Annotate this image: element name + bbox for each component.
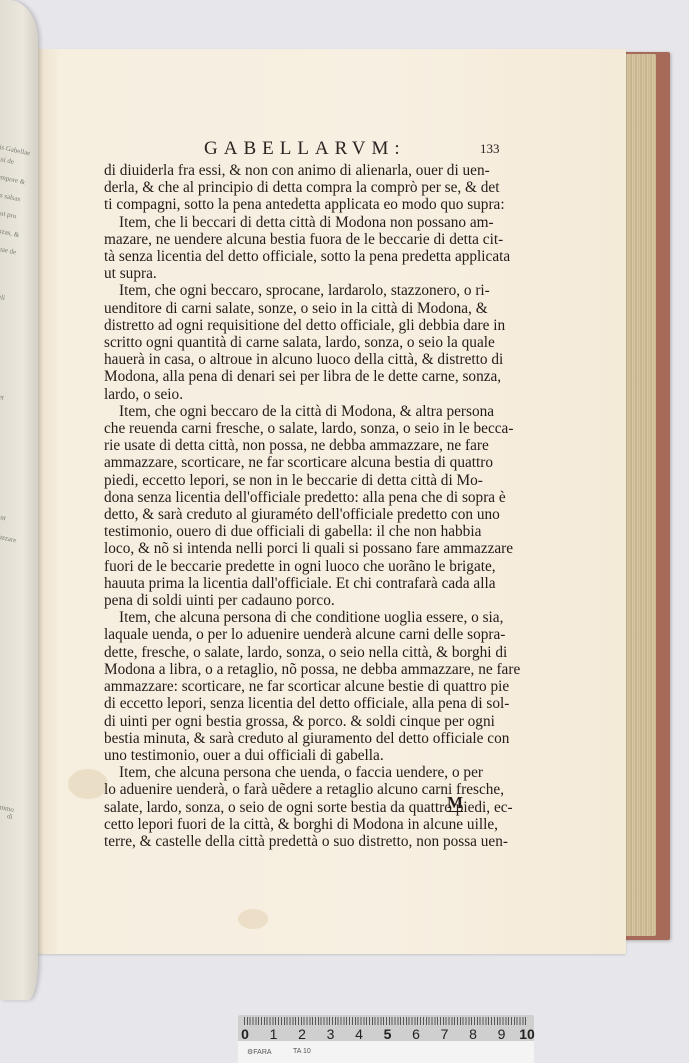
foxing-stain [238,909,268,929]
paragraph: di diuiderla fra essi, & non con animo d… [104,162,520,214]
paragraph: Item, che alcuna persona di che conditio… [104,609,520,764]
text-line: ti compagni, sotto la pena antedetta app… [104,196,520,213]
facing-page-text: tam aut pro [0,206,38,228]
text-line: Item, che li beccari di detta città di M… [104,214,520,231]
ruler-number: 2 [298,1026,306,1042]
text-line: mazare, ne uendere alcuna bestia fuora d… [104,231,520,248]
text-line: loco, & nõ si intenda nelli porci li qua… [104,540,520,557]
ruler-number: 3 [327,1026,335,1042]
text-line: che reuenda carni fresche, o salate, lar… [104,420,520,437]
text-line: ammazzare, scorticare, ne far scorticare… [104,454,520,471]
text-line: hauerà in casa, o altroue in alcuno luoc… [104,351,520,368]
ruler-number: 10 [519,1026,535,1042]
text-line: bestia minuta, & sarà creduto al giurame… [104,730,520,747]
text-line: dette, fresche, o salate, lardo, sonza, … [104,644,520,661]
foxing-stain [68,769,108,799]
facing-page-text: ammazzare [0,530,38,552]
text-line: ammazzare: scorticare, ne far scorticar … [104,678,520,695]
ruler-bar: 0 1 2 3 4 5 6 7 8 9 10 [238,1015,534,1041]
ruler-number: 0 [241,1026,249,1042]
text-line: cetto lepori fuori de la città, & borghi… [104,816,520,833]
text-line: uenditore di carni salate, sonze, o seio… [104,300,520,317]
ruler-number: 7 [441,1026,449,1042]
ruler-number: 8 [469,1026,477,1042]
text-line: Item, che ogni beccaro, sprocane, lardar… [104,282,520,299]
text-line: Modona, alla pena di denari sei per libr… [104,368,520,385]
text-line: distretto ad ogni requisitione del detto… [104,317,520,334]
facing-page-text: carnes salsas [0,188,38,210]
text-line: rie usate di detta città, non possa, ne … [104,437,520,454]
body-text: di diuiderla fra essi, & non con animo d… [104,162,520,850]
facing-page-text: gio tempore & [0,170,38,192]
text-line: di uinti per ogni bestia grossa, & porco… [104,713,520,730]
paragraph: Item, che ogni beccaro de la città di Mo… [104,403,520,609]
ruler-number: 1 [270,1026,278,1042]
text-line: pena di soldi uinti per cadauno porco. [104,592,520,609]
text-line: Modona a libra, o a retaglio, nõ possa, … [104,661,520,678]
facing-page-text: anisset [0,390,38,412]
facing-left-page: S ordinis Gabellae Nemini de gio tempore… [0,0,38,1000]
ruler-brand: ⚙FARA [247,1048,272,1056]
scale-ruler: 0 1 2 3 4 5 6 7 8 9 10 ⚙FARA TA 10 [238,1015,534,1063]
facing-page-text: & sonzas, & [0,224,38,246]
text-line: Item, che ogni beccaro de la città di Mo… [104,403,520,420]
text-line: laquale uenda, o per lo aduenire uenderà… [104,626,520,643]
page-number: 133 [480,141,500,157]
facing-page-text: ingannt [0,510,38,532]
ruler-number: 6 [412,1026,420,1042]
facing-page-text: S [0,100,38,122]
text-line: dona senza licentia dell'officiale prede… [104,489,520,506]
text-line: terre, & castelle della città predettà o… [104,833,520,850]
running-title: GABELLARVM: [204,138,406,160]
text-line: di eccetto lepori, senza licentia del de… [104,695,520,712]
text-line: derla, & che al principio di detta compr… [104,179,520,196]
paragraph: Item, che ogni beccaro, sprocane, lardar… [104,282,520,402]
text-line: Item, che alcuna persona di che conditio… [104,609,520,626]
facing-page-text: Mutinae de [0,242,38,264]
text-line: tà senza licentia del detto officiale, s… [104,248,520,265]
ruler-model: TA 10 [293,1048,311,1055]
text-line: Item, che alcuna persona che uenda, o fa… [104,764,520,781]
text-line: uno testimonio, ouer a dui officiali di … [104,747,520,764]
facing-page-text: Modeli [0,290,38,312]
text-line: di diuiderla fra essi, & non con animo d… [104,162,520,179]
signature-mark: M [447,795,463,812]
text-line: fuori de le beccarie predette in ogni lu… [104,558,520,575]
text-line: piedi, eccetto lepori, se non in le becc… [104,472,520,489]
text-line: scritto ogni quantità di carne salata, l… [104,334,520,351]
ruler-number: 9 [498,1026,506,1042]
ruler-number: 4 [355,1026,363,1042]
text-line: lardo, o seio. [104,386,520,403]
ruler-ticks [244,1017,528,1025]
text-line: ut supra. [104,265,520,282]
text-line: detto, & sarà creduto al giuraméto dell'… [104,506,520,523]
page-header: GABELLARVM: 133 [104,138,524,162]
text-line: testimonio, ouero di due officiali di ga… [104,523,520,540]
ruler-number: 5 [384,1026,392,1042]
paragraph: Item, che li beccari di detta città di M… [104,214,520,283]
text-line: hauuta prima la licentia dall'officiale.… [104,575,520,592]
